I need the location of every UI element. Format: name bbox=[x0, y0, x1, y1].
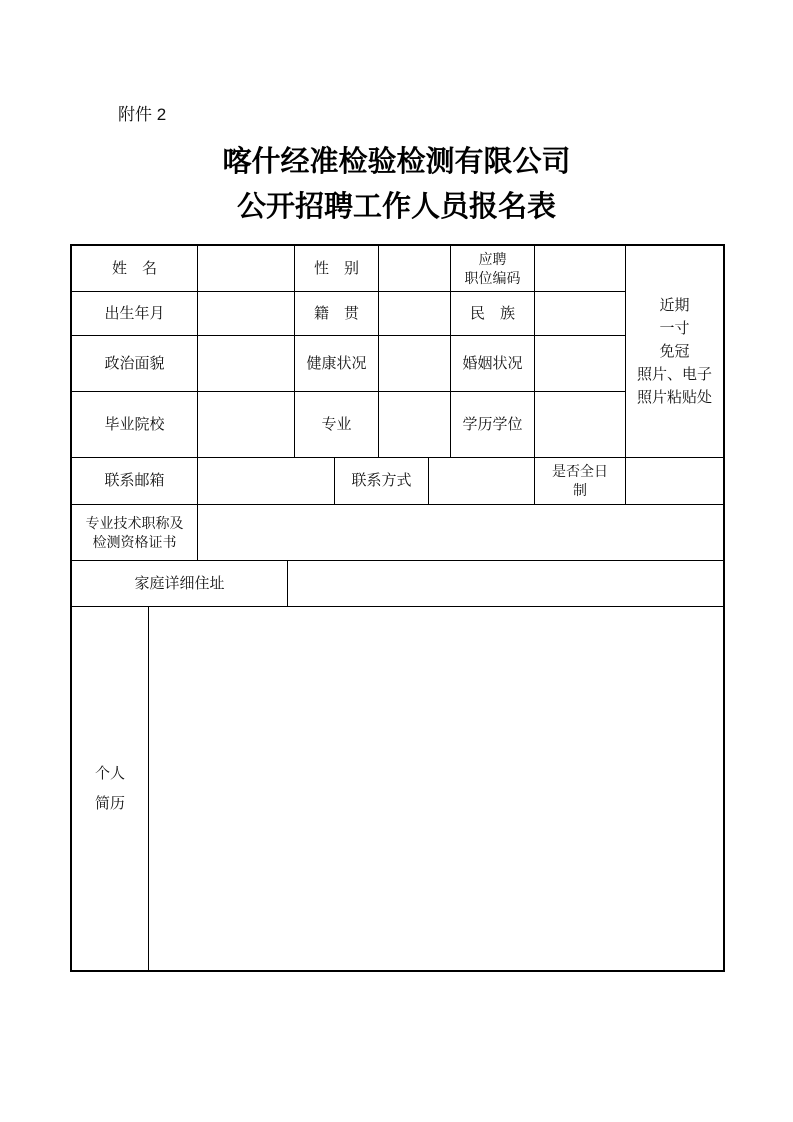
application-form-table: 姓 名 性 别 应聘 职位编码 出生年月 籍 贯 民 族 政治面貌 健康状况 婚… bbox=[70, 244, 725, 972]
birth-date-label: 出生年月 bbox=[72, 292, 198, 336]
ethnicity-label: 民 族 bbox=[451, 292, 535, 336]
contact-email-label: 联系邮箱 bbox=[72, 458, 198, 505]
resume-label: 个人 简历 bbox=[72, 607, 149, 970]
marital-status-value[interactable] bbox=[535, 336, 626, 392]
graduate-school-value[interactable] bbox=[198, 392, 295, 458]
birth-date-value[interactable] bbox=[198, 292, 295, 336]
contact-phone-label: 联系方式 bbox=[335, 458, 429, 505]
full-time-label: 是否全日 制 bbox=[535, 458, 626, 505]
contact-phone-value[interactable] bbox=[429, 458, 535, 505]
title-and-cert-label: 专业技术职称及 检测资格证书 bbox=[72, 505, 198, 561]
marital-status-label: 婚姻状况 bbox=[451, 336, 535, 392]
gender-value[interactable] bbox=[379, 246, 451, 292]
resume-value[interactable] bbox=[149, 607, 723, 970]
contact-email-value[interactable] bbox=[198, 458, 335, 505]
native-place-label: 籍 贯 bbox=[295, 292, 379, 336]
native-place-value[interactable] bbox=[379, 292, 451, 336]
major-value[interactable] bbox=[379, 392, 451, 458]
health-status-value[interactable] bbox=[379, 336, 451, 392]
political-status-label: 政治面貌 bbox=[72, 336, 198, 392]
position-code-label: 应聘 职位编码 bbox=[451, 246, 535, 292]
graduate-school-label: 毕业院校 bbox=[72, 392, 198, 458]
photo-paste-area: 近期 一寸 免冠 照片、电子 照片粘贴处 bbox=[626, 246, 723, 458]
gender-label: 性 别 bbox=[295, 246, 379, 292]
home-address-label: 家庭详细住址 bbox=[72, 561, 288, 607]
major-label: 专业 bbox=[295, 392, 379, 458]
name-label: 姓 名 bbox=[72, 246, 198, 292]
form-title-line2: 公开招聘工作人员报名表 bbox=[0, 190, 793, 224]
position-code-value[interactable] bbox=[535, 246, 626, 292]
full-time-value[interactable] bbox=[626, 458, 723, 505]
health-status-label: 健康状况 bbox=[295, 336, 379, 392]
title-and-cert-value[interactable] bbox=[198, 505, 723, 561]
document-page: 附件 2 喀什经准检验检测有限公司 公开招聘工作人员报名表 姓 名 性 别 应聘… bbox=[0, 0, 793, 1122]
name-value[interactable] bbox=[198, 246, 295, 292]
degree-value[interactable] bbox=[535, 392, 626, 458]
home-address-value[interactable] bbox=[288, 561, 723, 607]
ethnicity-value[interactable] bbox=[535, 292, 626, 336]
form-title-line1: 喀什经准检验检测有限公司 bbox=[0, 145, 793, 179]
attachment-label: 附件 2 bbox=[118, 104, 166, 126]
degree-label: 学历学位 bbox=[451, 392, 535, 458]
political-status-value[interactable] bbox=[198, 336, 295, 392]
